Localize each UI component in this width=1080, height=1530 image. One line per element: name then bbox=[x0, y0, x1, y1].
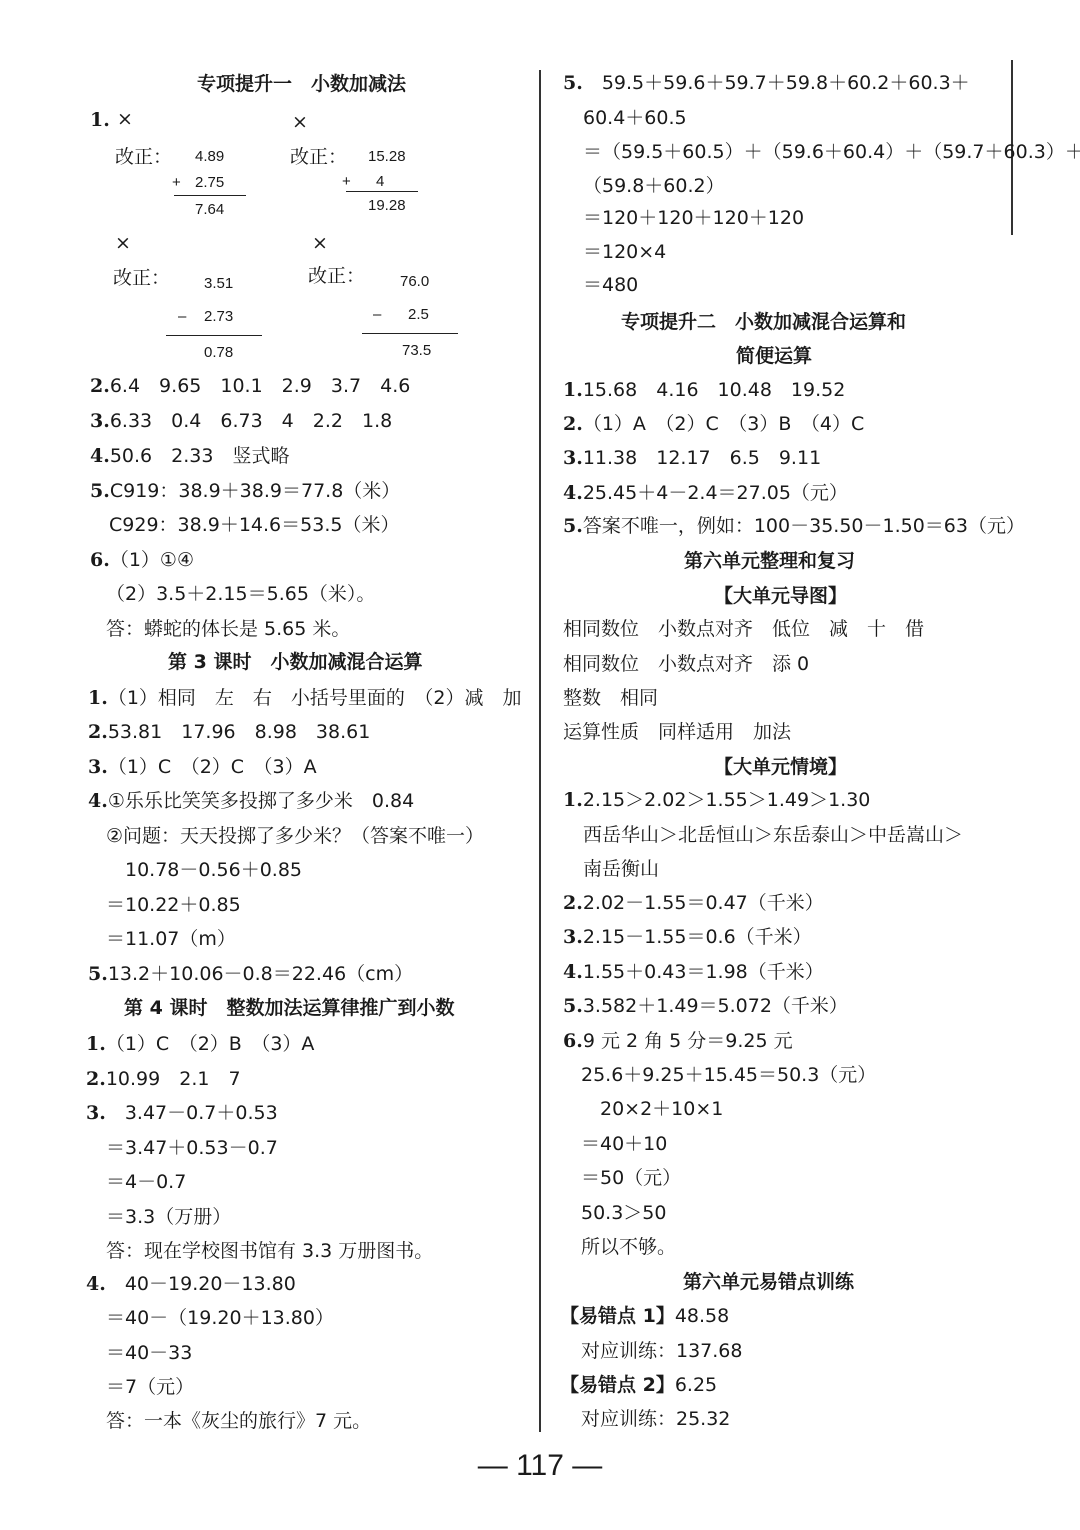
subsection-title: 【大单元情境】 bbox=[714, 755, 847, 779]
calc-rule bbox=[362, 333, 458, 334]
calc-top: 15.28 bbox=[368, 145, 406, 169]
answer-line: ＝120×4 bbox=[583, 240, 666, 264]
calc-result: 7.64 bbox=[195, 198, 224, 222]
answer-line: 南岳衡山 bbox=[583, 857, 659, 881]
answer-line: 2.2.02－1.55＝0.47（千米） bbox=[563, 891, 824, 915]
calc-top: 76.0 bbox=[400, 270, 429, 294]
map-line: 整数 相同 bbox=[563, 686, 658, 710]
answer-line: 6.（1）①④ bbox=[90, 548, 194, 572]
answer-line: 2.10.99 2.1 7 bbox=[86, 1067, 241, 1091]
answer-line: 60.4＋60.5 bbox=[583, 106, 687, 130]
question-number: 1. bbox=[90, 108, 110, 132]
answer-line: 3. 3.47－0.7＋0.53 bbox=[86, 1101, 278, 1125]
answer-line: 4.1.55＋0.43＝1.98（千米） bbox=[563, 960, 824, 984]
answer-line: 答：一本《灰尘的旅行》7 元。 bbox=[106, 1409, 371, 1433]
wrong-mark: × bbox=[115, 231, 131, 255]
answer-line: ＝（59.5＋60.5）＋（59.6＋60.4）＋（59.7＋60.3）＋ bbox=[583, 140, 1080, 164]
section-title: 第 3 课时 小数加减混合运算 bbox=[168, 650, 422, 674]
calc-rule bbox=[174, 195, 246, 196]
answer-line: ＝40－33 bbox=[106, 1341, 192, 1365]
calc-bottom: 2.73 bbox=[204, 305, 233, 329]
column-divider bbox=[539, 70, 541, 1432]
calc-result: 19.28 bbox=[368, 194, 406, 218]
answer-line: 4.①乐乐比笑笑多投掷了多少米 0.84 bbox=[88, 789, 414, 813]
answer-line: 5. 59.5＋59.6＋59.7＋59.8＋60.2＋60.3＋ bbox=[563, 71, 970, 95]
answer-line: ＝4－0.7 bbox=[106, 1170, 186, 1194]
answer-line: 50.3＞50 bbox=[581, 1201, 666, 1225]
answer-line: 4. 40－19.20－13.80 bbox=[86, 1272, 296, 1296]
answer-line: 4.50.6 2.33 竖式略 bbox=[90, 444, 289, 468]
answer-line: ＝50（元） bbox=[581, 1166, 681, 1190]
error-point: 【易错点 1】48.58 bbox=[560, 1304, 729, 1328]
calc-op: – bbox=[373, 303, 381, 327]
answer-line: 25.6＋9.25＋15.45＝50.3（元） bbox=[581, 1063, 876, 1087]
answer-line: 5.3.582＋1.49＝5.072（千米） bbox=[563, 994, 848, 1018]
calc-op: + bbox=[172, 171, 181, 195]
map-line: 运算性质 同样适用 加法 bbox=[563, 720, 791, 744]
answer-line: 2.（1）A （2）C （3）B （4）C bbox=[563, 412, 864, 436]
answer-line: 10.78－0.56＋0.85 bbox=[106, 858, 302, 882]
page-number: — 117 — bbox=[0, 1448, 1080, 1484]
answer-line: ＝11.07（m） bbox=[106, 927, 236, 951]
fix-label: 改正： bbox=[290, 145, 347, 169]
answer-line: ②问题：天天投掷了多少米？（答案不唯一） bbox=[106, 824, 484, 848]
answer-line: 2.53.81 17.96 8.98 38.61 bbox=[88, 720, 370, 744]
practice-line: 对应训练：137.68 bbox=[581, 1339, 742, 1363]
answer-line: 3.（1）C （2）C （3）A bbox=[88, 755, 317, 779]
wrong-mark: × bbox=[292, 110, 308, 134]
map-line: 相同数位 小数点对齐 低位 减 十 借 bbox=[563, 617, 924, 641]
answer-key-page: 专项提升一 小数加减法 1. × × 改正： 4.89 + 2.75 7.64 … bbox=[0, 0, 1080, 1530]
answer-line: 3.6.33 0.4 6.73 4 2.2 1.8 bbox=[90, 409, 392, 433]
section-title-cont: 简便运算 bbox=[736, 344, 812, 368]
answer-line: 2.6.4 9.65 10.1 2.9 3.7 4.6 bbox=[90, 374, 410, 398]
calc-top: 4.89 bbox=[195, 145, 224, 169]
answer-line: 5.答案不唯一，例如：100－35.50－1.50＝63（元） bbox=[563, 514, 1025, 538]
answer-line: ＝120＋120＋120＋120 bbox=[583, 206, 804, 230]
wrong-mark: × bbox=[312, 231, 328, 255]
calc-result: 0.78 bbox=[204, 341, 233, 365]
answer-line: ＝40＋10 bbox=[581, 1132, 667, 1156]
answer-line: （2）3.5＋2.15＝5.65（米）。 bbox=[106, 582, 375, 606]
answer-line: 1.2.15＞2.02＞1.55＞1.49＞1.30 bbox=[563, 788, 870, 812]
answer-line: 4.25.45＋4－2.4＝27.05（元） bbox=[563, 481, 848, 505]
section-title: 第六单元整理和复习 bbox=[684, 549, 855, 573]
answer-line: （59.8＋60.2） bbox=[583, 174, 725, 198]
section-title: 专项提升二 小数加减混合运算和 bbox=[621, 310, 906, 334]
answer-line: 西岳华山＞北岳恒山＞东岳泰山＞中岳嵩山＞ bbox=[583, 823, 963, 847]
section-title: 第六单元易错点训练 bbox=[683, 1270, 854, 1294]
answer-line: 答：现在学校图书馆有 3.3 万册图书。 bbox=[106, 1239, 433, 1263]
section-title: 专项提升一 小数加减法 bbox=[197, 72, 406, 96]
answer-line: ＝40－（19.20＋13.80） bbox=[106, 1306, 334, 1330]
answer-line: 1.（1）C （2）B （3）A bbox=[86, 1032, 314, 1056]
answer-line: 3.2.15－1.55＝0.6（千米） bbox=[563, 925, 812, 949]
answer-line: 20×2＋10×1 bbox=[581, 1097, 723, 1121]
error-point: 【易错点 2】6.25 bbox=[560, 1373, 717, 1397]
answer-line: 所以不够。 bbox=[581, 1235, 676, 1259]
answer-line: 5.13.2＋10.06－0.8＝22.46（cm） bbox=[88, 962, 413, 986]
answer-line: 1.15.68 4.16 10.48 19.52 bbox=[563, 378, 845, 402]
answer-line: ＝7（元） bbox=[106, 1375, 194, 1399]
answer-line: 1.（1）相同 左 右 小括号里面的 （2）减 加 bbox=[88, 686, 522, 710]
calc-result: 73.5 bbox=[402, 339, 431, 363]
answer-line: C929：38.9＋14.6＝53.5（米） bbox=[109, 513, 399, 537]
answer-line: 3.11.38 12.17 6.5 9.11 bbox=[563, 446, 821, 470]
fix-label: 改正： bbox=[113, 266, 170, 290]
answer-line: ＝3.47＋0.53－0.7 bbox=[106, 1136, 278, 1160]
answer-line: 答：蟒蛇的体长是 5.65 米。 bbox=[106, 617, 350, 641]
calc-bottom: 2.5 bbox=[408, 303, 429, 327]
subsection-title: 【大单元导图】 bbox=[714, 584, 847, 608]
calc-rule bbox=[346, 191, 418, 192]
answer-line: ＝480 bbox=[583, 273, 638, 297]
answer-line: ＝3.3（万册） bbox=[106, 1205, 231, 1229]
fix-label: 改正： bbox=[115, 145, 172, 169]
wrong-mark: × bbox=[117, 107, 133, 131]
fix-label: 改正： bbox=[308, 264, 365, 288]
practice-line: 对应训练：25.32 bbox=[581, 1407, 730, 1431]
calc-op: – bbox=[178, 305, 186, 329]
calc-bottom: 2.75 bbox=[195, 171, 224, 195]
answer-line: ＝10.22＋0.85 bbox=[106, 893, 241, 917]
answer-line: 5.C919：38.9＋38.9＝77.8（米） bbox=[90, 479, 400, 503]
section-title: 第 4 课时 整数加法运算律推广到小数 bbox=[124, 996, 454, 1020]
answer-line: 6.9 元 2 角 5 分＝9.25 元 bbox=[563, 1029, 793, 1053]
calc-rule bbox=[166, 335, 262, 336]
map-line: 相同数位 小数点对齐 添 0 bbox=[563, 652, 809, 676]
calc-top: 3.51 bbox=[204, 272, 233, 296]
